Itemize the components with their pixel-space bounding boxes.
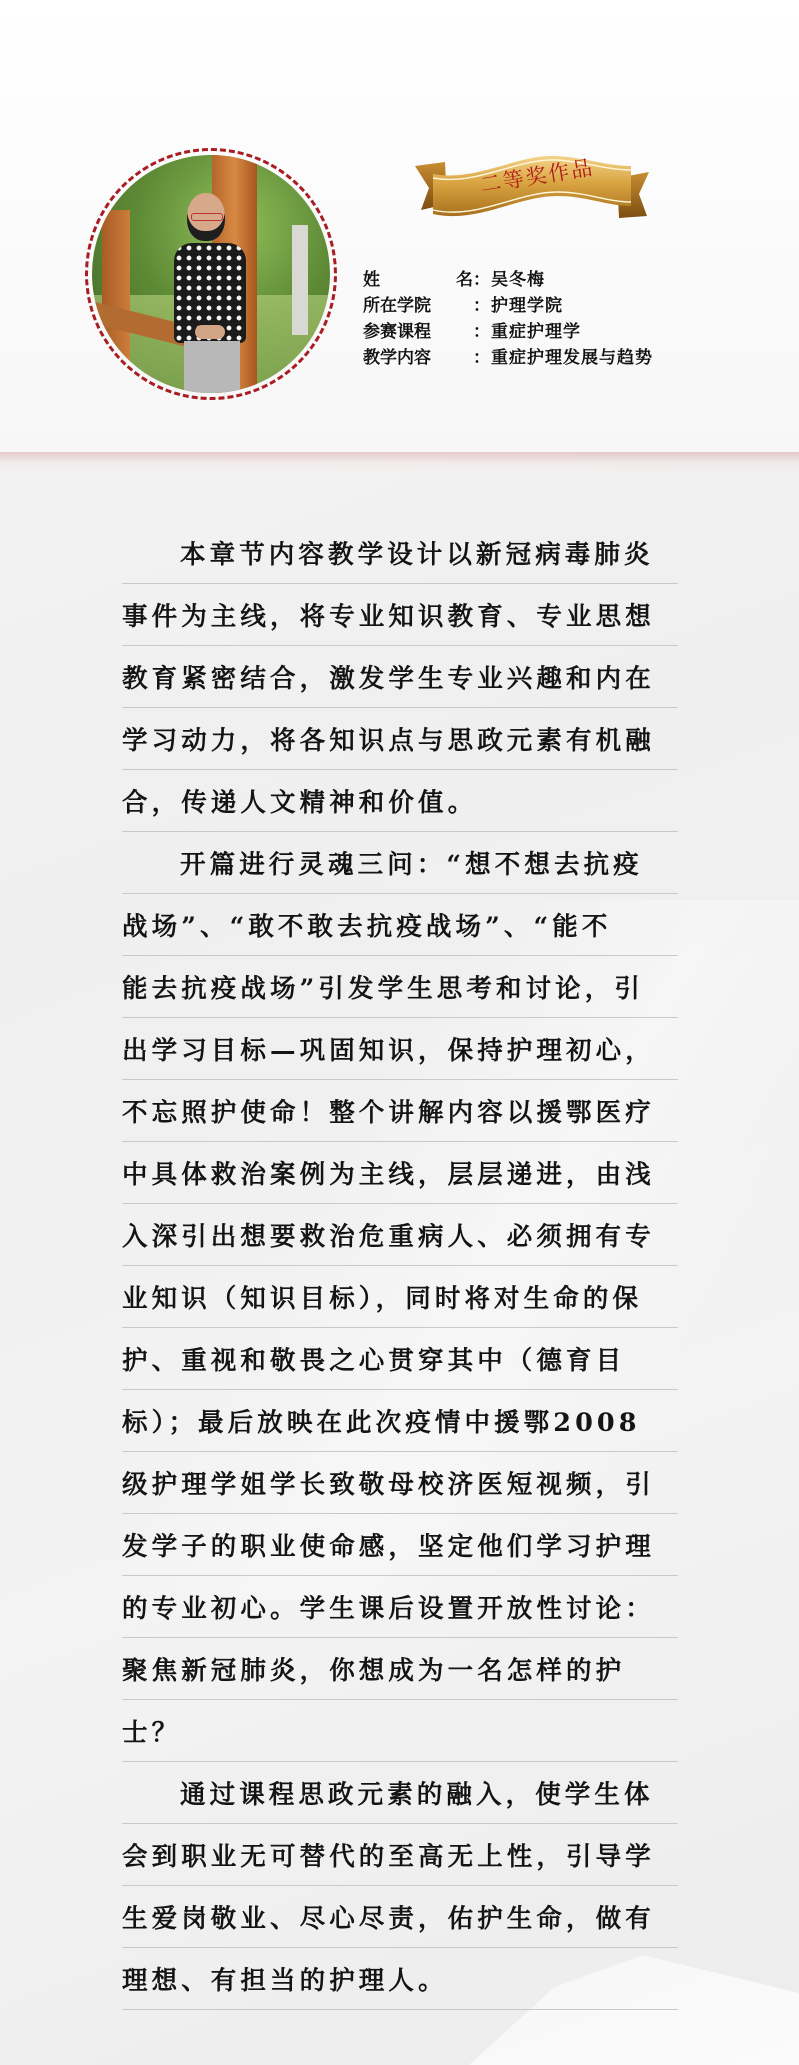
text-line: 发学子的职业使命感，坚定他们学习护理 <box>122 1514 678 1576</box>
text-line: 入深引出想要救治危重病人、必须拥有专 <box>122 1204 678 1266</box>
text-line: 聚焦新冠肺炎，你想成为一名怎样的护 <box>122 1638 678 1700</box>
text-line: 教育紧密结合，激发学生专业兴趣和内在 <box>122 646 678 708</box>
info-label: 所在学院 <box>363 293 473 319</box>
essay-body: 本章节内容教学设计以新冠病毒肺炎 事件为主线，将专业知识教育、专业思想 教育紧密… <box>122 522 678 2010</box>
info-label: 参赛课程 <box>363 319 473 345</box>
text-line: 合，传递人文精神和价值。 <box>122 770 678 832</box>
text-line: 中具体救治案例为主线，层层递进，由浅 <box>122 1142 678 1204</box>
text-line: 事件为主线，将专业知识教育、专业思想 <box>122 584 678 646</box>
info-value-content: 重症护理发展与趋势 <box>491 345 653 371</box>
text-line: 的专业初心。学生课后设置开放性讨论： <box>122 1576 678 1638</box>
info-value-college: 护理学院 <box>491 293 563 319</box>
text-line: 出学习目标—巩固知识，保持护理初心， <box>122 1018 678 1080</box>
text-line: 会到职业无可替代的至高无上性，引导学 <box>122 1824 678 1886</box>
text-line: 战场”、“敢不敢去抗疫战场”、“能不 <box>122 894 678 956</box>
info-label: 教学内容 <box>363 345 473 371</box>
author-info: 姓 名 ： 吴冬梅 所在学院 ： 护理学院 参赛课程 ： 重症护理学 教学内容 … <box>363 267 653 371</box>
text-line: 护、重视和敬畏之心贯穿其中（德育目 <box>122 1328 678 1390</box>
header-divider <box>0 452 799 474</box>
info-row-content: 教学内容 ： 重症护理发展与趋势 <box>363 345 653 371</box>
info-value-name: 吴冬梅 <box>491 267 545 293</box>
text-line: 理想、有担当的护理人。 <box>122 1948 678 2010</box>
info-row-course: 参赛课程 ： 重症护理学 <box>363 319 653 345</box>
text-line: 不忘照护使命！整个讲解内容以援鄂医疗 <box>122 1080 678 1142</box>
text-line: 标）；最后放映在此次疫情中援鄂2008 <box>122 1390 678 1452</box>
text-line: 本章节内容教学设计以新冠病毒肺炎 <box>122 522 678 584</box>
text-line: 能去抗疫战场”引发学生思考和讨论，引 <box>122 956 678 1018</box>
info-value-course: 重症护理学 <box>491 319 581 345</box>
text-line: 业知识（知识目标），同时将对生命的保 <box>122 1266 678 1328</box>
info-label: 姓 名 <box>363 267 473 293</box>
text-line: 开篇进行灵魂三问：“想不想去抗疫 <box>122 832 678 894</box>
profile-photo <box>92 155 330 393</box>
text-line: 级护理学姐学长致敬母校济医短视频，引 <box>122 1452 678 1514</box>
info-row-college: 所在学院 ： 护理学院 <box>363 293 653 319</box>
info-row-name: 姓 名 ： 吴冬梅 <box>363 267 653 293</box>
text-line: 生爱岗敬业、尽心尽责，佑护生命，做有 <box>122 1886 678 1948</box>
text-line: 学习动力，将各知识点与思政元素有机融 <box>122 708 678 770</box>
text-line: 士？ <box>122 1700 678 1762</box>
text-line: 通过课程思政元素的融入，使学生体 <box>122 1762 678 1824</box>
